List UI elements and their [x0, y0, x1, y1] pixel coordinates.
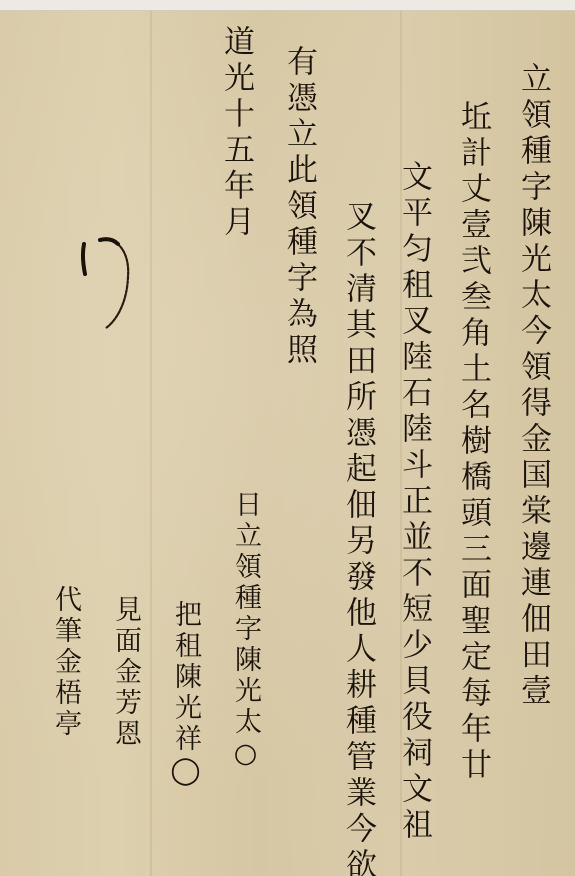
- date-text: 道光十五年月: [218, 25, 254, 241]
- signatory-scribe: 代筆金梧亭: [52, 585, 79, 740]
- margin-mark-icon: [72, 232, 132, 332]
- column-text: 坵計丈壹弐叁角土名樹橋頭三面聖定每年廿: [455, 100, 491, 784]
- signatory-text: 代筆金梧亭: [50, 585, 81, 740]
- column-text: 立領種字陳光太今領得金国棠邊連佃田壹: [515, 62, 551, 710]
- text-column-2: 坵計丈壹弐叁角土名樹橋頭三面聖定每年廿: [457, 100, 488, 784]
- scan-top-border: [0, 0, 575, 11]
- signatory-text: 見面金芳恩: [110, 595, 141, 750]
- text-column-5: 有憑立此領種字為照: [283, 45, 314, 369]
- signature-mark-icon: ○: [232, 738, 259, 773]
- column-text: 叉不清其田所憑起佃另發他人耕種管業今欲: [340, 200, 376, 876]
- text-column-3: 文平匀租叉陸石陸斗正並不短少貝役祠文祖: [398, 160, 429, 844]
- paper-crease: [150, 11, 152, 876]
- signatory-text: 日立領種字陳光太: [230, 490, 261, 738]
- document-sheet: 立領種字陳光太今領得金国棠邊連佃田壹 坵計丈壹弐叁角土名樹橋頭三面聖定每年廿 文…: [0, 0, 575, 876]
- signature-mark-icon: ◯: [172, 755, 199, 790]
- signatory-text: 把租陳光祥: [170, 600, 201, 755]
- date-column: 道光十五年月: [220, 25, 251, 241]
- text-column-1: 立領種字陳光太今領得金国棠邊連佃田壹: [517, 62, 548, 710]
- column-text: 文平匀租叉陸石陸斗正並不短少貝役祠文祖: [396, 160, 432, 844]
- text-column-4: 叉不清其田所憑起佃另發他人耕種管業今欲: [342, 200, 373, 876]
- signatory-rent-collector: 把租陳光祥◯: [172, 600, 199, 790]
- signatory-lessee: 日立領種字陳光太○: [232, 490, 259, 773]
- column-text: 有憑立此領種字為照: [281, 45, 317, 369]
- signatory-witness: 見面金芳恩: [112, 595, 139, 750]
